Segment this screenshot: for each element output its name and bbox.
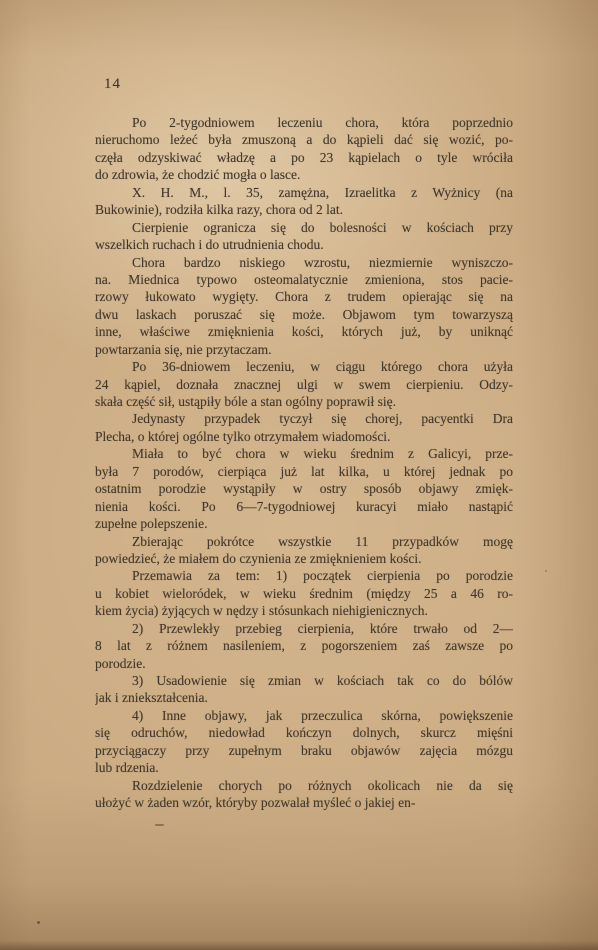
text-line: Chora bardzo niskiego wzrostu, niezmiern… (95, 254, 513, 271)
text-line: dwu laskach poruszać się może. Objawom t… (95, 306, 513, 323)
text-line: 4) Inne objawy, jak przeczulica skórna, … (95, 707, 513, 724)
text-line: nienia kości. Po 6—7-tygodniowej kuracyi… (95, 498, 513, 515)
text-line: na. Miednica typowo osteomalatycznie zmi… (95, 271, 513, 288)
text-line: była 7 porodów, cierpiąca już lat kilka,… (95, 463, 513, 480)
paper-speck (155, 824, 164, 826)
text-line: porodzie. (95, 655, 513, 672)
text-line: zupełne polepszenie. (95, 515, 513, 532)
paragraph: Miała to być chora w wieku średnim z Gal… (95, 445, 513, 532)
text-line: powiedzieć, że miałem do czynienia ze zm… (95, 550, 513, 567)
text-line: przyciągaczy przy zupełnym braku objawów… (95, 742, 513, 759)
page-number: 14 (104, 76, 121, 93)
paragraph: Jedynasty przypadek tyczył się chorej, p… (95, 410, 513, 445)
paragraph: Po 36-dniowem leczeniu, w ciągu którego … (95, 358, 513, 410)
text-line: Przemawia za tem: 1) początek cierpienia… (95, 567, 513, 584)
text-line: u kobiet wieloródek, w wieku średnim (mi… (95, 585, 513, 602)
text-line: Po 36-dniowem leczeniu, w ciągu którego … (95, 358, 513, 375)
text-line: Zbierając pokrótce wszystkie 11 przypadk… (95, 533, 513, 550)
paragraph: Rozdzielenie chorych po różnych okolicac… (95, 777, 513, 812)
text-line: ułożyć w żaden wzór, któryby pozwalał my… (95, 794, 513, 811)
paragraph: X. H. M., l. 35, zamężna, Izraelitka z W… (95, 184, 513, 219)
paragraph: Cierpienie ogranicza się do bolesności w… (95, 219, 513, 254)
text-line: się odruchów, niedowład kończyn dolnych,… (95, 724, 513, 741)
text-line: ostatnim porodzie wystąpiły w ostry spos… (95, 480, 513, 497)
paragraph: 2) Przewlekły przebieg cierpienia, które… (95, 620, 513, 672)
text-line: Cierpienie ogranicza się do bolesności w… (95, 219, 513, 236)
text-line: kiem życia) żyjących w nędzy i stósunkac… (95, 602, 513, 619)
text-line: 2) Przewlekły przebieg cierpienia, które… (95, 620, 513, 637)
text-line: 24 kąpiel, doznała znacznej ulgi w swem … (95, 376, 513, 393)
text-line: Bukowinie), rodziła kilka razy, chora od… (95, 201, 513, 218)
text-line: 3) Usadowienie się zmian w kościach tak … (95, 672, 513, 689)
text-line: rzowy łukowato wygięty. Chora z trudem o… (95, 288, 513, 305)
scanned-book-page: 14 Po 2-tygodniowem leczeniu chora, któr… (0, 0, 598, 950)
paragraph: Po 2-tygodniowem leczeniu chora, która p… (95, 114, 513, 184)
paragraph: Zbierając pokrótce wszystkie 11 przypadk… (95, 533, 513, 568)
text-line: lub rdzenia. (95, 759, 513, 776)
paragraph: 3) Usadowienie się zmian w kościach tak … (95, 672, 513, 707)
paper-speck (545, 570, 547, 572)
text-line: Po 2-tygodniowem leczeniu chora, która p… (95, 114, 513, 131)
paragraph: Chora bardzo niskiego wzrostu, niezmiern… (95, 254, 513, 359)
text-line: inne, właściwe zmięknienia kości, któryc… (95, 323, 513, 340)
text-line: nieruchomo leżeć była zmuszoną a do kąpi… (95, 131, 513, 148)
text-line: skała część sił, ustąpiły bóle a stan og… (95, 393, 513, 410)
text-line: jak i zniekształcenia. (95, 689, 513, 706)
text-line: częła odzyskiwać władzę a po 23 kąpielac… (95, 149, 513, 166)
paragraph: Przemawia za tem: 1) początek cierpienia… (95, 567, 513, 619)
text-line: Jedynasty przypadek tyczył się chorej, p… (95, 410, 513, 427)
text-line: Rozdzielenie chorych po różnych okolicac… (95, 777, 513, 794)
paragraph: 4) Inne objawy, jak przeczulica skórna, … (95, 707, 513, 777)
text-line: X. H. M., l. 35, zamężna, Izraelitka z W… (95, 184, 513, 201)
text-line: do zdrowia, że chodzić mogła o lasce. (95, 166, 513, 183)
text-line: Miała to być chora w wieku średnim z Gal… (95, 445, 513, 462)
text-line: 8 lat z różnem nasileniem, z pogorszenie… (95, 637, 513, 654)
text-line: powtarzania się, nie przytaczam. (95, 341, 513, 358)
text-line: wszelkich ruchach i do utrudnienia chodu… (95, 236, 513, 253)
paper-speck (37, 921, 40, 924)
text-line: Plecha, o której ogólne tylko otrzymałem… (95, 428, 513, 445)
page-text-block: Po 2-tygodniowem leczeniu chora, która p… (95, 114, 513, 812)
